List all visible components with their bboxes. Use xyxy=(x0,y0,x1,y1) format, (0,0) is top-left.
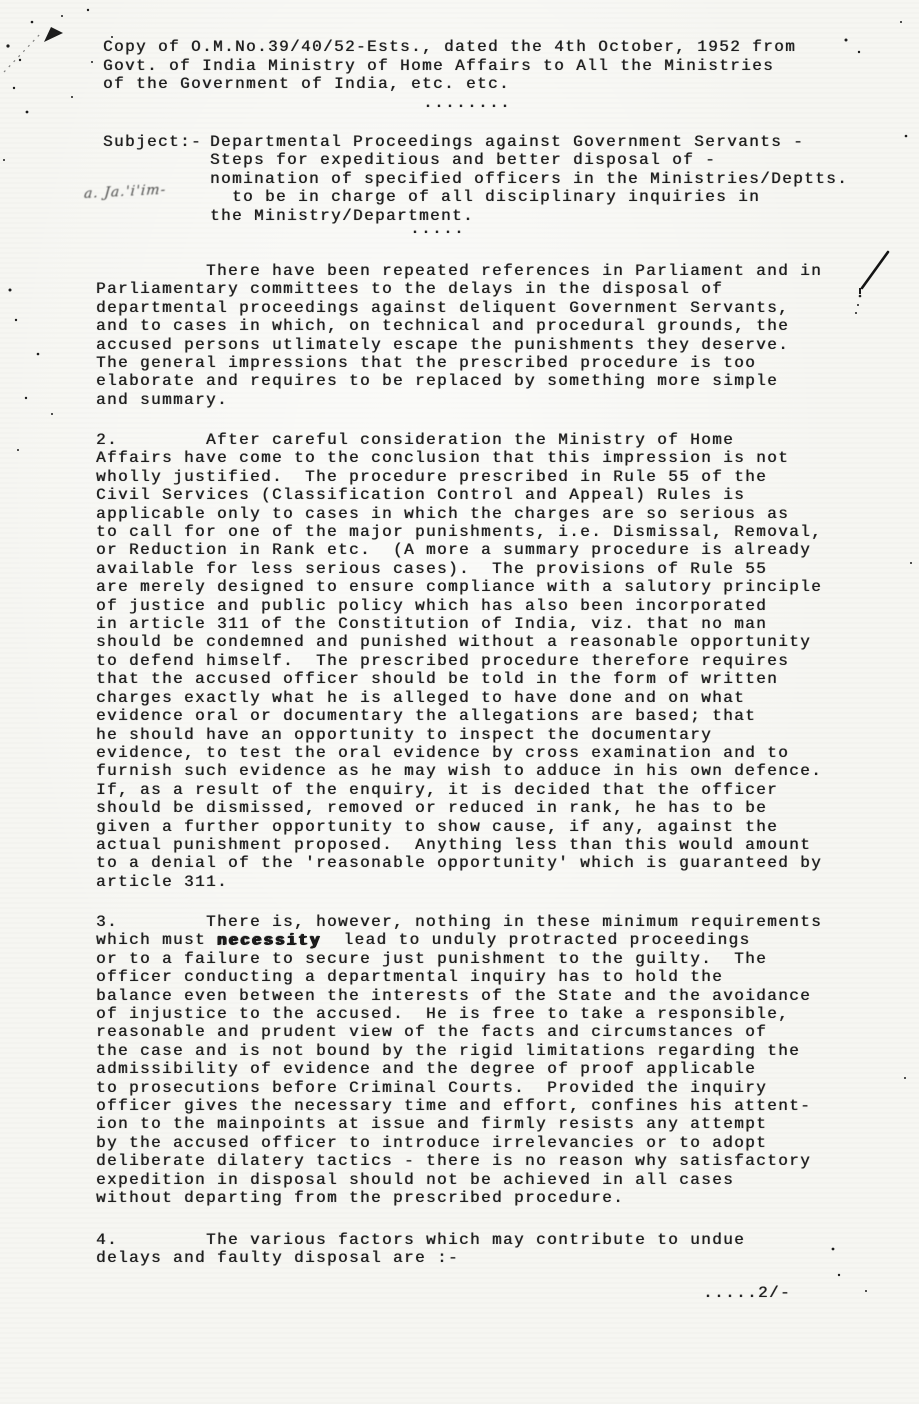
paragraph-3: 3. There is, however, nothing in these m… xyxy=(96,913,822,1208)
paragraph-3-end: lead to unduly protracted proceedings or… xyxy=(96,931,811,1207)
paragraph-4: 4. The various factors which may contrib… xyxy=(96,1231,745,1268)
ink-blotch xyxy=(44,27,63,42)
subject-dots-divider: ..... xyxy=(410,220,465,238)
header-dots-divider: ........ xyxy=(423,94,511,112)
paragraph-2: 2. After careful consideration the Minis… xyxy=(96,431,822,891)
subject-text: Departmental Proceedings against Governm… xyxy=(210,133,848,225)
letter-header: Copy of O.M.No.39/40/52-Ests., dated the… xyxy=(103,38,796,94)
page-continuation-mark: .....2/- xyxy=(703,1284,791,1302)
handwritten-annotation: a. Ja.'i'im- xyxy=(83,182,167,202)
pen-stroke xyxy=(862,252,888,288)
document-page: Copy of O.M.No.39/40/52-Ests., dated the… xyxy=(0,0,919,1404)
subject-label: Subject:- xyxy=(103,133,202,151)
overstruck-word: necessity xyxy=(217,932,321,950)
paragraph-1: There have been repeated references in P… xyxy=(96,262,822,409)
